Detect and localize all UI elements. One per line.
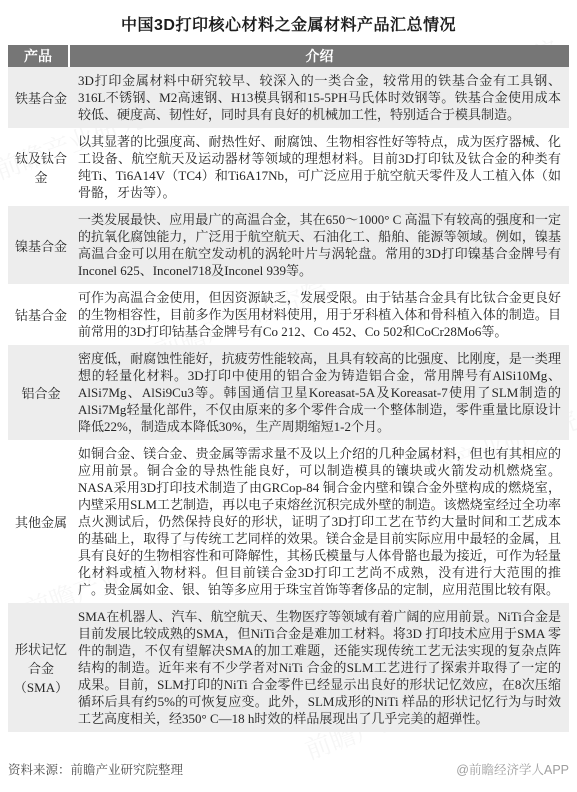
column-header-intro: 介绍 <box>70 45 569 67</box>
table-row: 镍基合金 一类发展最快、应用最广的高温合金，其在650～1000° C 高温下有… <box>8 206 569 284</box>
intro-cell: 如铜合金、镁合金、贵金属等需求量不及以上介绍的几种金属材料，但也有其相应的应用前… <box>74 440 569 603</box>
intro-cell: 可作为高温合金使用，但因资源缺乏，发展受限。由于钴基合金具有比钛合金更良好的生物… <box>74 284 569 345</box>
app-credit-label: @前瞻经济学人APP <box>456 760 569 778</box>
data-source-label: 资料来源：前瞻产业研究院整理 <box>8 760 183 778</box>
footer: 资料来源：前瞻产业研究院整理 @前瞻经济学人APP <box>8 760 569 778</box>
product-cell: 其他金属 <box>8 440 74 603</box>
column-header-product: 产品 <box>8 45 70 67</box>
table-row: 钴基合金 可作为高温合金使用，但因资源缺乏，发展受限。由于钴基合金具有比钛合金更… <box>8 284 569 345</box>
intro-cell: 以其显著的比强度高、耐热性好、耐腐蚀、生物相容性好等特点，成为医疗器械、化工设备… <box>74 128 569 206</box>
product-cell: 铝合金 <box>8 345 74 440</box>
product-cell: 形状记忆合金（SMA） <box>8 603 74 732</box>
product-cell: 镍基合金 <box>8 206 74 284</box>
materials-table: 产品 介绍 铁基合金 3D打印金属材料中研究较早、较深入的一类合金，较常用的铁基… <box>8 45 569 732</box>
intro-cell: 一类发展最快、应用最广的高温合金，其在650～1000° C 高温下有较高的强度… <box>74 206 569 284</box>
product-cell: 铁基合金 <box>8 67 74 128</box>
table-row: 铁基合金 3D打印金属材料中研究较早、较深入的一类合金，较常用的铁基合金有工具钢… <box>8 67 569 128</box>
product-cell: 钛及钛合金 <box>8 128 74 206</box>
table-header-row: 产品 介绍 <box>8 45 569 67</box>
intro-cell: 密度低，耐腐蚀性能好，抗疲劳性能较高，且具有较高的比强度、比刚度，是一类理想的轻… <box>74 345 569 440</box>
table-row: 形状记忆合金（SMA） SMA在机器人、汽车、航空航天、生物医疗等领域有着广阔的… <box>8 603 569 732</box>
intro-cell: 3D打印金属材料中研究较早、较深入的一类合金，较常用的铁基合金有工具钢、316L… <box>74 67 569 128</box>
product-cell: 钴基合金 <box>8 284 74 345</box>
table-row: 其他金属 如铜合金、镁合金、贵金属等需求量不及以上介绍的几种金属材料，但也有其相… <box>8 440 569 603</box>
table-row: 铝合金 密度低，耐腐蚀性能好，抗疲劳性能较高，且具有较高的比强度、比刚度，是一类… <box>8 345 569 440</box>
page-title: 中国3D打印核心材料之金属材料产品汇总情况 <box>0 12 577 35</box>
intro-cell: SMA在机器人、汽车、航空航天、生物医疗等领域有着广阔的应用前景。NiTi合金是… <box>74 603 569 732</box>
table-row: 钛及钛合金 以其显著的比强度高、耐热性好、耐腐蚀、生物相容性好等特点，成为医疗器… <box>8 128 569 206</box>
